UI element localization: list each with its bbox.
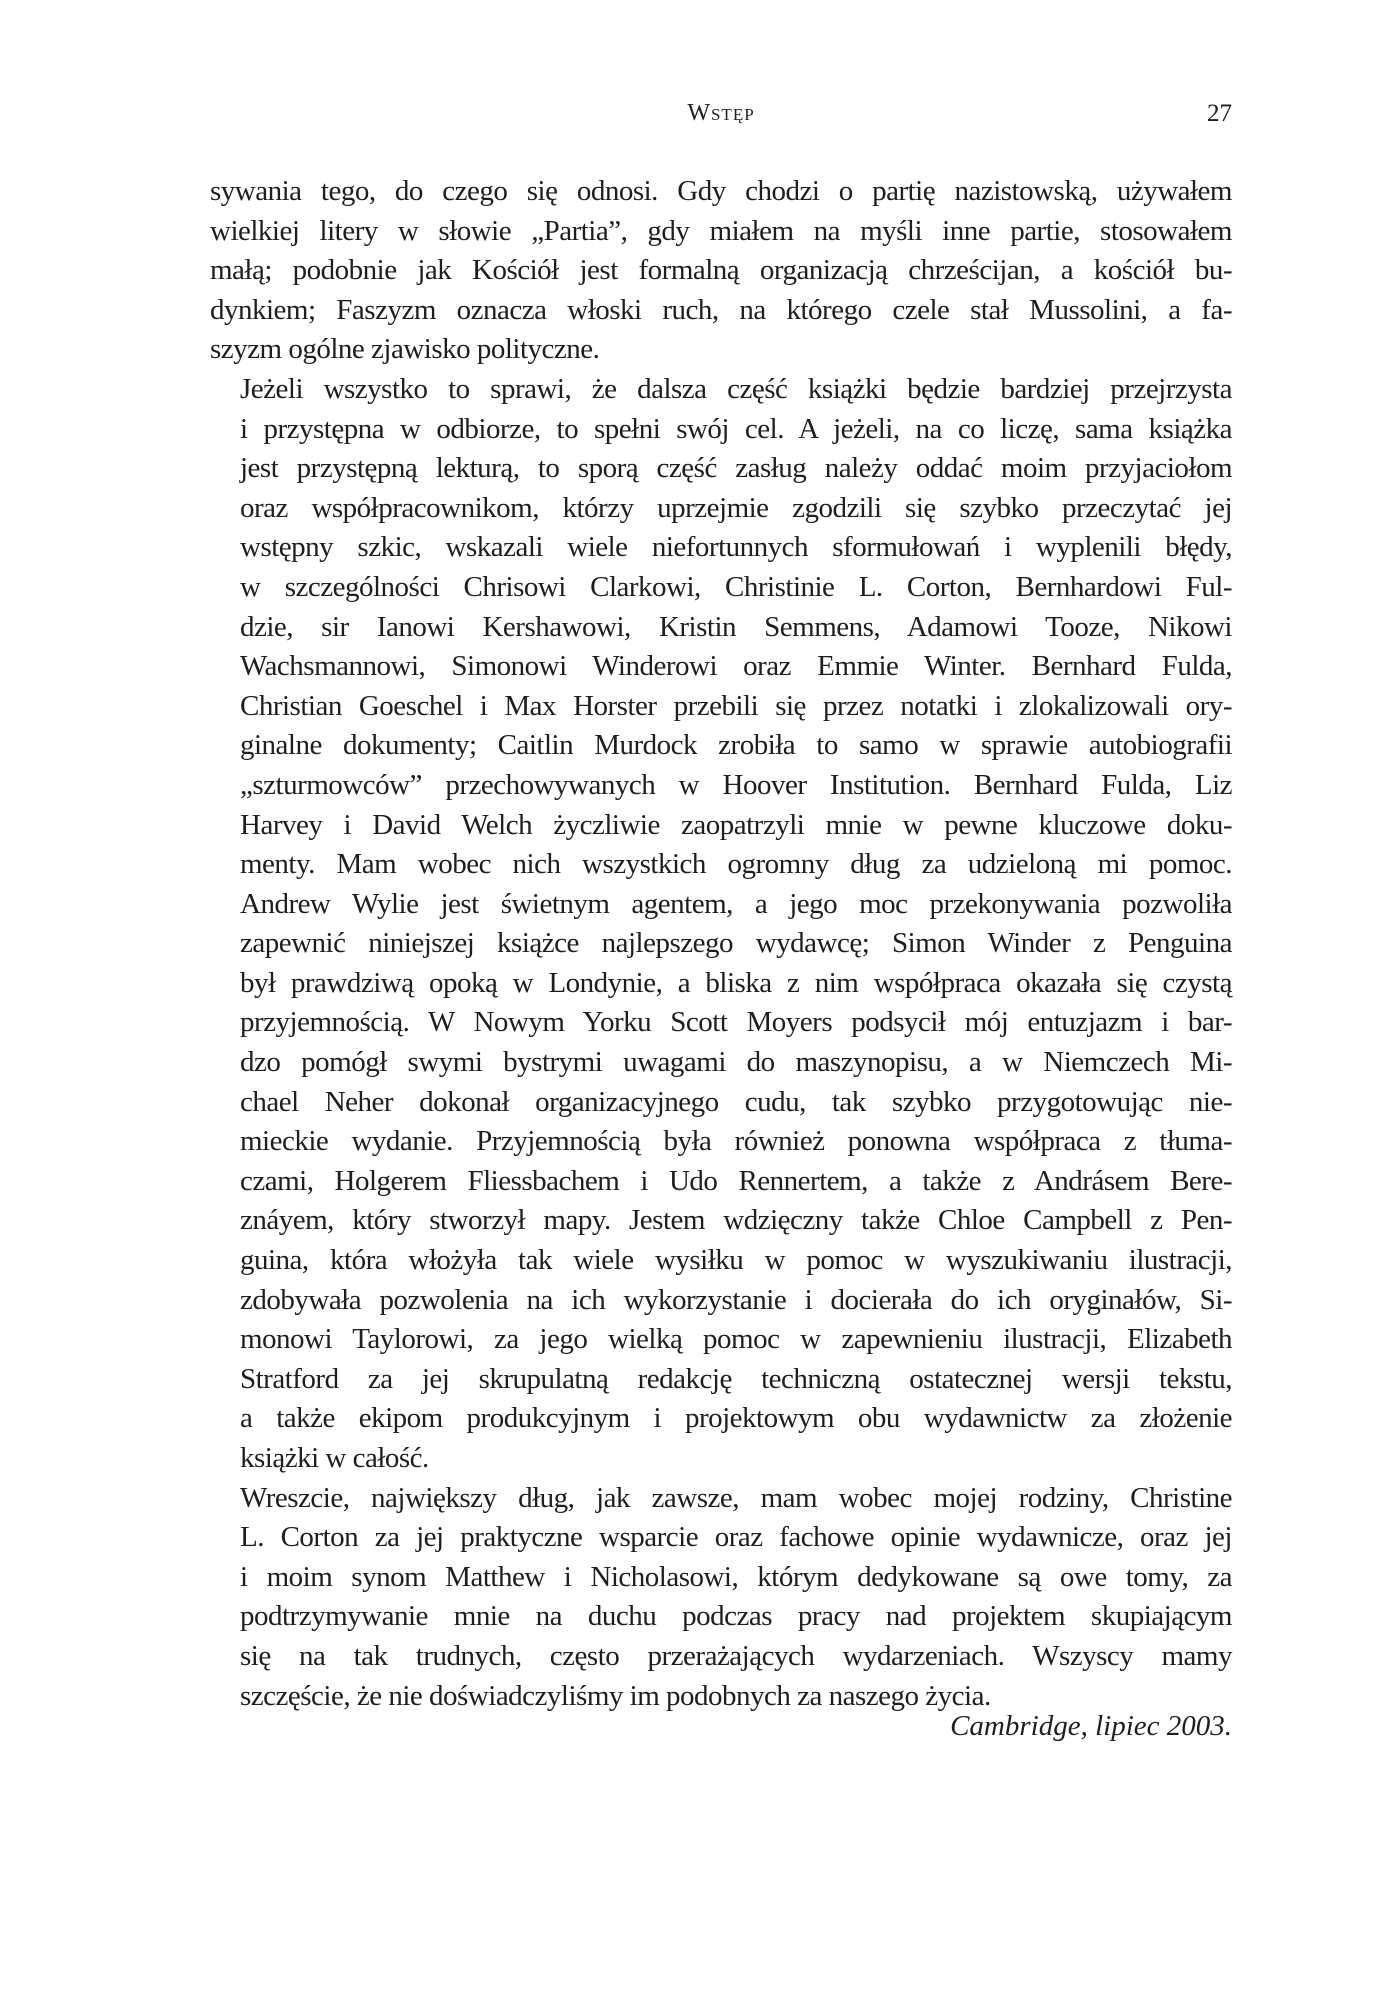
text-line: szyzm ogólne zjawisko polityczne. bbox=[210, 330, 1232, 370]
text-line: małą; podobnie jak Kościół jest formalną… bbox=[210, 251, 1232, 291]
text-line: i przystępna w odbiorze, to spełni swój … bbox=[210, 410, 1232, 450]
text-line: Stratford za jej skrupulatną redakcję te… bbox=[210, 1360, 1232, 1400]
text-line: Harvey i David Welch życzliwie zaopatrzy… bbox=[210, 806, 1232, 846]
text-line: a także ekipom produkcyjnym i projektowy… bbox=[210, 1399, 1232, 1439]
text-line: Wreszcie, największy dług, jak zawsze, m… bbox=[210, 1479, 1232, 1519]
paragraph: sywania tego, do czego się odnosi. Gdy c… bbox=[210, 172, 1232, 370]
text-line: menty. Mam wobec nich wszystkich ogromny… bbox=[210, 845, 1232, 885]
text-line: Andrew Wylie jest świetnym agentem, a je… bbox=[210, 885, 1232, 925]
paragraph: Jeżeli wszystko to sprawi, że dalsza czę… bbox=[210, 370, 1232, 1479]
text-line: wstępny szkic, wskazali wiele niefortunn… bbox=[210, 528, 1232, 568]
text-line: dzie, sir Ianowi Kershawowi, Kristin Sem… bbox=[210, 608, 1232, 648]
text-line: Wachsmannowi, Simonowi Winderowi oraz Em… bbox=[210, 647, 1232, 687]
text-line: jest przystępną lekturą, to sporą część … bbox=[210, 449, 1232, 489]
text-line: zapewnić niniejszej książce najlepszego … bbox=[210, 924, 1232, 964]
body-text: sywania tego, do czego się odnosi. Gdy c… bbox=[210, 172, 1232, 1716]
text-line: sywania tego, do czego się odnosi. Gdy c… bbox=[210, 172, 1232, 212]
text-line: przyjemnością. W Nowym Yorku Scott Moyer… bbox=[210, 1003, 1232, 1043]
text-line: L. Corton za jej praktyczne wsparcie ora… bbox=[210, 1518, 1232, 1558]
text-line: Christian Goeschel i Max Horster przebil… bbox=[210, 687, 1232, 727]
text-line: „szturmowców” przechowywanych w Hoover I… bbox=[210, 766, 1232, 806]
text-line: mieckie wydanie. Przyjemnością była równ… bbox=[210, 1122, 1232, 1162]
paragraph: Wreszcie, największy dług, jak zawsze, m… bbox=[210, 1479, 1232, 1717]
text-line: i moim synom Matthew i Nicholasowi, któr… bbox=[210, 1558, 1232, 1598]
text-line: zdobywała pozwolenia na ich wykorzystani… bbox=[210, 1281, 1232, 1321]
text-line: czami, Holgerem Fliessbachem i Udo Renne… bbox=[210, 1162, 1232, 1202]
text-line: w szczególności Chrisowi Clarkowi, Chris… bbox=[210, 568, 1232, 608]
signature-place-date: Cambridge, lipiec 2003. bbox=[950, 1710, 1232, 1743]
text-line: podtrzymywanie mnie na duchu podczas pra… bbox=[210, 1597, 1232, 1637]
text-line: wielkiej litery w słowie „Partia”, gdy m… bbox=[210, 212, 1232, 252]
text-line: dynkiem; Faszyzm oznacza włoski ruch, na… bbox=[210, 291, 1232, 331]
page-number: 27 bbox=[1207, 100, 1232, 128]
text-line: monowi Taylorowi, za jego wielką pomoc w… bbox=[210, 1320, 1232, 1360]
text-line: był prawdziwą opoką w Londynie, a bliska… bbox=[210, 964, 1232, 1004]
running-title: Wstęp bbox=[210, 100, 1232, 127]
text-line: Jeżeli wszystko to sprawi, że dalsza czę… bbox=[210, 370, 1232, 410]
text-line: ginalne dokumenty; Caitlin Murdock zrobi… bbox=[210, 726, 1232, 766]
text-line: książki w całość. bbox=[210, 1439, 1232, 1479]
text-line: oraz współpracownikom, którzy uprzejmie … bbox=[210, 489, 1232, 529]
text-line: znáyem, który stworzył mapy. Jestem wdzi… bbox=[210, 1201, 1232, 1241]
running-head: Wstęp 27 bbox=[210, 100, 1232, 140]
text-line: chael Neher dokonał organizacyjnego cudu… bbox=[210, 1083, 1232, 1123]
text-line: się na tak trudnych, często przerażający… bbox=[210, 1637, 1232, 1677]
text-line: guina, która włożyła tak wiele wysiłku w… bbox=[210, 1241, 1232, 1281]
text-line: dzo pomógł swymi bystrymi uwagami do mas… bbox=[210, 1043, 1232, 1083]
